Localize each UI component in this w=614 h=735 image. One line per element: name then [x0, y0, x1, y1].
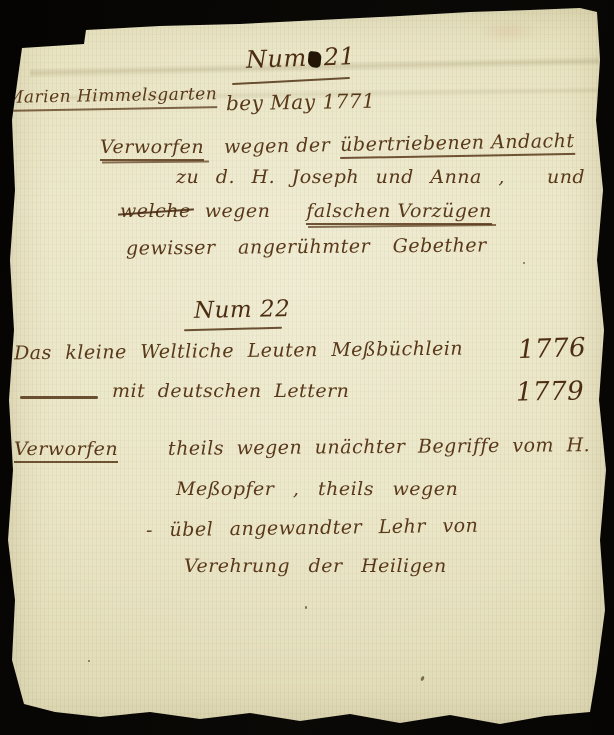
manuscript-page: Num21 Marien Himmelsgarten bey May 1771 …	[0, 0, 614, 735]
entry-22-reason-line3: - übel angewandter Lehr von	[146, 515, 479, 542]
entry-22-reason-line1: theils wegen unächter Begriffe vom H.	[168, 434, 590, 460]
entry-21-reason-line4: gewisser angerühmter Gebether	[126, 234, 487, 259]
entry-21-heading: Num21	[246, 42, 356, 74]
entry-22-reason-line2: Meßopfer , theils wegen	[176, 478, 458, 500]
entry-22-heading: Num 22	[194, 296, 291, 324]
entry-21-heading-word: Num	[246, 44, 308, 74]
entry-21-title: Marien Himmelsgarten	[6, 84, 218, 108]
entry-21-heading-underline	[232, 77, 350, 85]
struck-word: welche	[120, 200, 191, 222]
entry-21-verdict: Verworfen	[100, 136, 204, 161]
entry-21-reason-line3: welchewegenfalschen Vorzügen	[120, 200, 492, 225]
ditto-mark	[20, 396, 98, 399]
entry-22-year-1776: 1776	[517, 333, 586, 365]
paper-stain	[478, 18, 538, 44]
entry-21-heading-number: 21	[323, 42, 356, 71]
entry-21-reason-line1: wegen derübertriebenen Andacht	[224, 130, 575, 158]
entry-21-date: bey May 1771	[226, 89, 376, 116]
ink-speck	[523, 262, 525, 264]
ink-speck	[420, 676, 425, 682]
entry-22-title-line2: mit deutschen Lettern	[112, 380, 349, 402]
entry-22-reason-line4: Verehrung der Heiligen	[184, 555, 447, 577]
entry-22-verdict: Verworfen	[14, 438, 118, 460]
entry-21-reason-line2: zu d. H. Joseph und Anna ,und	[176, 166, 585, 188]
ink-blot	[307, 51, 322, 68]
ink-speck	[88, 660, 90, 662]
ink-speck	[305, 606, 307, 609]
entry-22-year-1779: 1779	[516, 376, 585, 407]
entry-22-title-line1: Das kleine Weltliche Leuten Meßbüchlein	[14, 338, 463, 365]
photograph-background: Num21 Marien Himmelsgarten bey May 1771 …	[0, 0, 614, 735]
entry-22-heading-underline	[184, 327, 282, 332]
